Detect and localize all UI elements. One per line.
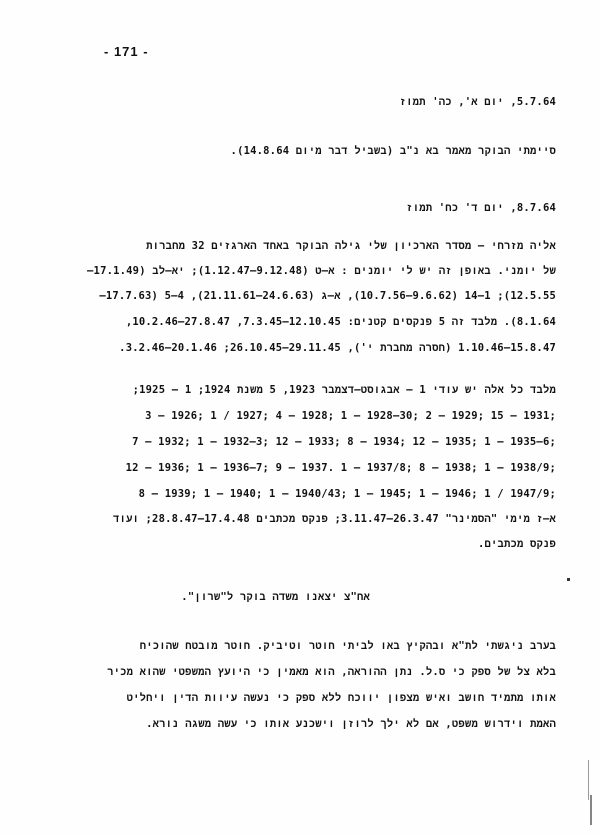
entry-body-line: סיימתי הבוקר מאמר בא נ"ב (בשביל דבר מיום… — [231, 145, 556, 158]
years-list-line: א–ז מימי "הסמינר" 26.3.47–3.11.47; פנקס … — [113, 513, 556, 526]
years-list-line: 8 – 1939; 1 – 1940; 1 – 1940/43; 1 – 194… — [139, 488, 556, 500]
scan-edge-noise — [584, 750, 594, 830]
entry-heading-8-7-64: 8.7.64, יום ד' כח' תמוז — [406, 202, 556, 215]
entry-body-line: אליה מזרחי – מסדר הארכיון שלי גילה הבוקר… — [146, 240, 556, 253]
entry-body-line: של יומני. באופן זה יש לי יומנים : א–ט (9… — [87, 265, 556, 278]
entry-body-line: בלא צל של ספק כי ס.ל. נתן ההוראה, הוא מא… — [107, 666, 556, 679]
page-number: - 171 - — [104, 44, 149, 59]
years-list-line: 3 – 1926; 1 / 1927; 4 – 1928; 1 – 1928–3… — [145, 410, 556, 422]
entry-heading-5-7-64: 5.7.64, יום א', כה' תמוז — [400, 96, 556, 109]
years-list-line: פנקס מכתבים. — [478, 538, 556, 551]
years-list-line: 12 – 1936; 1 – 1936–7; 9 – 1937. 1 – 193… — [126, 462, 556, 474]
entry-body-line: בערב ניגשתי לת"א ובהקיץ באו לביתי חוטר ו… — [140, 640, 556, 653]
entry-subheading: אח"צ יצאנו משדה בוקר ל"שרון". — [181, 591, 370, 604]
scan-speck — [567, 578, 570, 581]
years-list-line: מלבד כל אלה יש עודי 1 – אבגוסט–דצמבר 192… — [133, 384, 556, 397]
entry-body-line: 15.8.47–1.10.46 (חסרה מחברת י'), 29.11.4… — [119, 342, 556, 355]
entry-body-line: האמת וידרוש משפט, אם לא ילך לרוזן וישכנע… — [146, 718, 556, 731]
entry-body-line: 12.5.55); 1–14 (9.6.62–10.7.56), א–ג (24… — [99, 290, 556, 303]
years-list-line: 7 – 1932; 1 – 1932–3; 12 – 1933; 8 – 193… — [132, 436, 556, 448]
entry-body-line: 8.1.64). מלבד זה 5 פנקסים קטנים: 12.10.4… — [126, 316, 556, 329]
entry-body-line: אותו מתמיד חושב ואיש מצפון יווכח ללא ספק… — [127, 692, 556, 705]
